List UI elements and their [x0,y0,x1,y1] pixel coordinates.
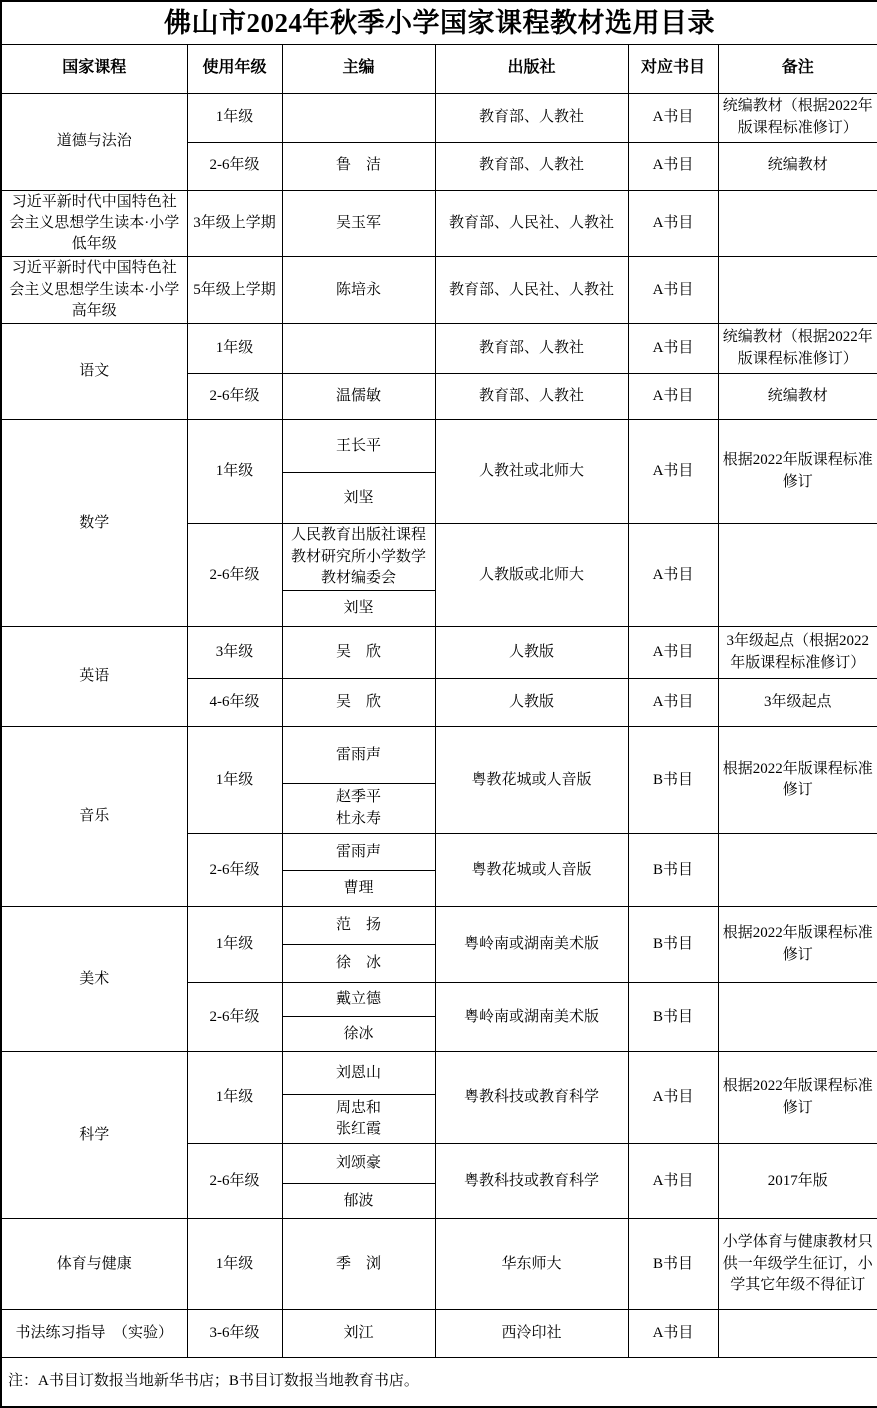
editor-cell: 人民教育出版社课程教材研究所小学数学教材编委会 [282,524,435,591]
grade-cell: 3-6年级 [187,1310,282,1358]
grade-cell: 1年级 [187,727,282,834]
booklist-cell: A书目 [628,1052,718,1144]
booklist-cell: A书目 [628,324,718,374]
grade-cell: 2-6年级 [187,524,282,627]
editor-cell: 刘江 [282,1310,435,1358]
booklist-cell: B书目 [628,907,718,983]
booklist-cell: A书目 [628,627,718,679]
remark-cell: 3年级起点（根据2022年版课程标准修订） [718,627,877,679]
publisher-cell: 人教版 [435,627,628,679]
editor-cell: 雷雨声 [282,834,435,871]
booklist-cell: A书目 [628,420,718,524]
subject-cell: 英语 [1,627,187,727]
editor-cell: 温儒敏 [282,374,435,420]
editor-cell [282,93,435,142]
remark-cell: 根据2022年版课程标准修订 [718,420,877,524]
editor-cell [282,324,435,374]
editor-cell: 刘颂豪 [282,1144,435,1184]
grade-cell: 5年级上学期 [187,257,282,324]
remark-cell: 根据2022年版课程标准修订 [718,1052,877,1144]
remark-cell: 统编教材（根据2022年版课程标准修订） [718,324,877,374]
remark-cell [718,1310,877,1358]
subject-cell: 道德与法治 [1,93,187,190]
remark-cell [718,257,877,324]
publisher-cell: 教育部、人教社 [435,142,628,190]
column-header-publisher: 出版社 [435,44,628,93]
booklist-cell: B书目 [628,727,718,834]
remark-cell: 3年级起点 [718,679,877,727]
grade-cell: 4-6年级 [187,679,282,727]
subject-cell: 语文 [1,324,187,420]
grade-cell: 2-6年级 [187,1144,282,1219]
subject-cell: 美术 [1,907,187,1052]
remark-cell: 小学体育与健康教材只供一年级学生征订，小学其它年级不得征订 [718,1219,877,1310]
publisher-cell: 人教版或北师大 [435,524,628,627]
subject-cell: 科学 [1,1052,187,1219]
editor-cell: 雷雨声 [282,727,435,784]
grade-cell: 2-6年级 [187,834,282,907]
grade-cell: 1年级 [187,907,282,983]
column-header-booklist: 对应书目 [628,44,718,93]
remark-cell [718,190,877,257]
booklist-cell: B书目 [628,1219,718,1310]
grade-cell: 1年级 [187,93,282,142]
grade-cell: 1年级 [187,324,282,374]
publisher-cell: 粤教科技或教育科学 [435,1052,628,1144]
publisher-cell: 教育部、人教社 [435,374,628,420]
subject-cell: 书法练习指导 （实验） [1,1310,187,1358]
editor-cell: 吴玉军 [282,190,435,257]
editor-cell: 鲁 洁 [282,142,435,190]
column-header-subject: 国家课程 [1,44,187,93]
booklist-cell: A书目 [628,93,718,142]
grade-cell: 1年级 [187,420,282,524]
column-header-remark: 备注 [718,44,877,93]
publisher-cell: 人教版 [435,679,628,727]
subject-cell: 习近平新时代中国特色社会主义思想学生读本·小学高年级 [1,257,187,324]
editor-cell: 戴立德 [282,983,435,1017]
booklist-cell: A书目 [628,1310,718,1358]
publisher-cell: 粤教科技或教育科学 [435,1144,628,1219]
editor-cell: 王长平 [282,420,435,473]
remark-cell: 统编教材（根据2022年版课程标准修订） [718,93,877,142]
publisher-cell: 西泠印社 [435,1310,628,1358]
editor-cell: 徐冰 [282,1017,435,1052]
editor-cell: 范 扬 [282,907,435,945]
subject-cell: 习近平新时代中国特色社会主义思想学生读本·小学低年级 [1,190,187,257]
grade-cell: 1年级 [187,1219,282,1310]
publisher-cell: 教育部、人教社 [435,93,628,142]
publisher-cell: 教育部、人教社 [435,324,628,374]
publisher-cell: 粤岭南或湖南美术版 [435,907,628,983]
editor-cell: 季 浏 [282,1219,435,1310]
subject-cell: 体育与健康 [1,1219,187,1310]
editor-cell: 赵季平 杜永寿 [282,784,435,834]
column-header-grade: 使用年级 [187,44,282,93]
footnote: 注：A书目订数报当地新华书店；B书目订数报当地教育书店。 [1,1358,877,1407]
editor-cell: 刘坚 [282,473,435,524]
publisher-cell: 粤教花城或人音版 [435,727,628,834]
publisher-cell: 教育部、人民社、人教社 [435,190,628,257]
publisher-cell: 华东师大 [435,1219,628,1310]
grade-cell: 2-6年级 [187,374,282,420]
booklist-cell: A书目 [628,190,718,257]
remark-cell: 根据2022年版课程标准修订 [718,907,877,983]
textbook-selection-table: 佛山市2024年秋季小学国家课程教材选用目录 国家课程 使用年级 主编 出版社 … [0,0,877,1408]
booklist-cell: A书目 [628,524,718,627]
subject-cell: 数学 [1,420,187,627]
column-header-editor: 主编 [282,44,435,93]
booklist-cell: A书目 [628,374,718,420]
remark-cell [718,983,877,1052]
remark-cell: 统编教材 [718,142,877,190]
editor-cell: 刘坚 [282,591,435,627]
publisher-cell: 人教社或北师大 [435,420,628,524]
grade-cell: 2-6年级 [187,142,282,190]
grade-cell: 2-6年级 [187,983,282,1052]
remark-cell [718,524,877,627]
editor-cell: 吴 欣 [282,627,435,679]
publisher-cell: 粤教花城或人音版 [435,834,628,907]
booklist-cell: A书目 [628,142,718,190]
booklist-cell: A书目 [628,1144,718,1219]
editor-cell: 吴 欣 [282,679,435,727]
publisher-cell: 教育部、人民社、人教社 [435,257,628,324]
booklist-cell: A书目 [628,679,718,727]
remark-cell: 统编教材 [718,374,877,420]
remark-cell [718,834,877,907]
publisher-cell: 粤岭南或湖南美术版 [435,983,628,1052]
editor-cell: 徐 冰 [282,945,435,983]
booklist-cell: A书目 [628,257,718,324]
booklist-cell: B书目 [628,834,718,907]
grade-cell: 3年级 [187,627,282,679]
page-title: 佛山市2024年秋季小学国家课程教材选用目录 [1,1,877,44]
remark-cell: 2017年版 [718,1144,877,1219]
grade-cell: 1年级 [187,1052,282,1144]
editor-cell: 周忠和 张红霞 [282,1095,435,1144]
subject-cell: 音乐 [1,727,187,907]
grade-cell: 3年级上学期 [187,190,282,257]
document-page: 佛山市2024年秋季小学国家课程教材选用目录 国家课程 使用年级 主编 出版社 … [0,0,877,1396]
remark-cell: 根据2022年版课程标准修订 [718,727,877,834]
editor-cell: 郁波 [282,1184,435,1219]
editor-cell: 刘恩山 [282,1052,435,1095]
editor-cell: 曹理 [282,871,435,907]
editor-cell: 陈培永 [282,257,435,324]
booklist-cell: B书目 [628,983,718,1052]
